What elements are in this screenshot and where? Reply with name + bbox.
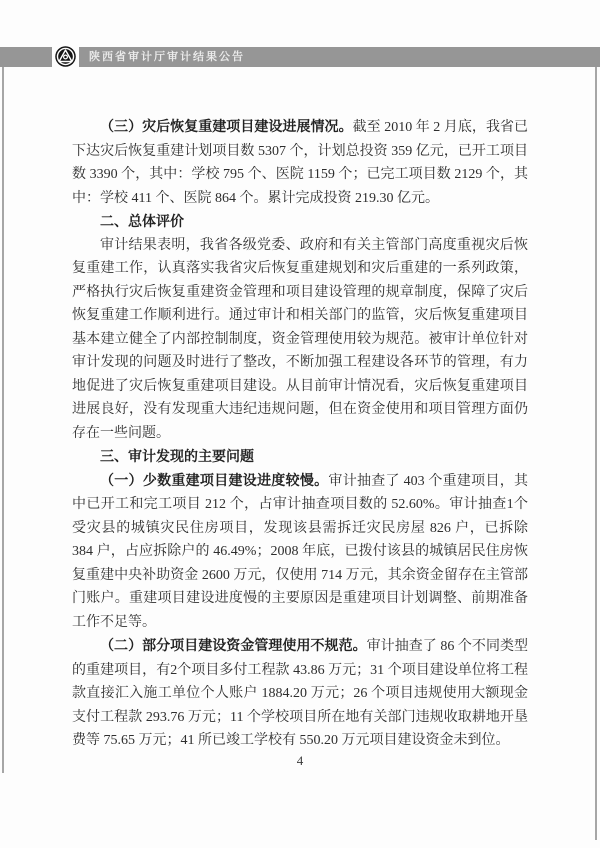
header-title: 陕西省审计厅审计结果公告 bbox=[89, 47, 245, 67]
paragraph: （二）部分项目建设资金管理使用不规范。审计抽查了 86 个不同类型的重建项目，有… bbox=[72, 634, 528, 753]
page-edge-right-line bbox=[595, 67, 597, 840]
paragraph-lead: （二）部分项目建设资金管理使用不规范。 bbox=[100, 637, 367, 653]
section-heading: 三、审计发现的主要问题 bbox=[72, 445, 528, 469]
document-page: 陕西省审计厅审计结果公告 （三）灾后恢复重建项目建设进展情况。截至 2010 年… bbox=[0, 0, 600, 848]
logo-box bbox=[52, 42, 79, 70]
page-number: 4 bbox=[72, 753, 528, 769]
paragraph: 审计结果表明，我省各级党委、政府和有关主管部门高度重视灾后恢复重建工作，认真落实… bbox=[72, 234, 528, 446]
document-body: （三）灾后恢复重建项目建设进展情况。截至 2010 年 2 月底，我省已下达灾后… bbox=[72, 115, 528, 753]
section-heading: 二、总体评价 bbox=[72, 210, 528, 234]
paragraph: （一）少数重建项目建设进度较慢。审计抽查了 403 个重建项目，其中已开工和完工… bbox=[72, 469, 528, 635]
paragraph-lead: （三）灾后恢复重建项目建设进展情况。 bbox=[100, 118, 353, 134]
audit-emblem-icon bbox=[53, 44, 78, 69]
paragraph: （三）灾后恢复重建项目建设进展情况。截至 2010 年 2 月底，我省已下达灾后… bbox=[72, 115, 528, 210]
page-edge-left-line bbox=[2, 67, 4, 773]
paragraph-lead: （一）少数重建项目建设进度较慢。 bbox=[100, 472, 328, 488]
